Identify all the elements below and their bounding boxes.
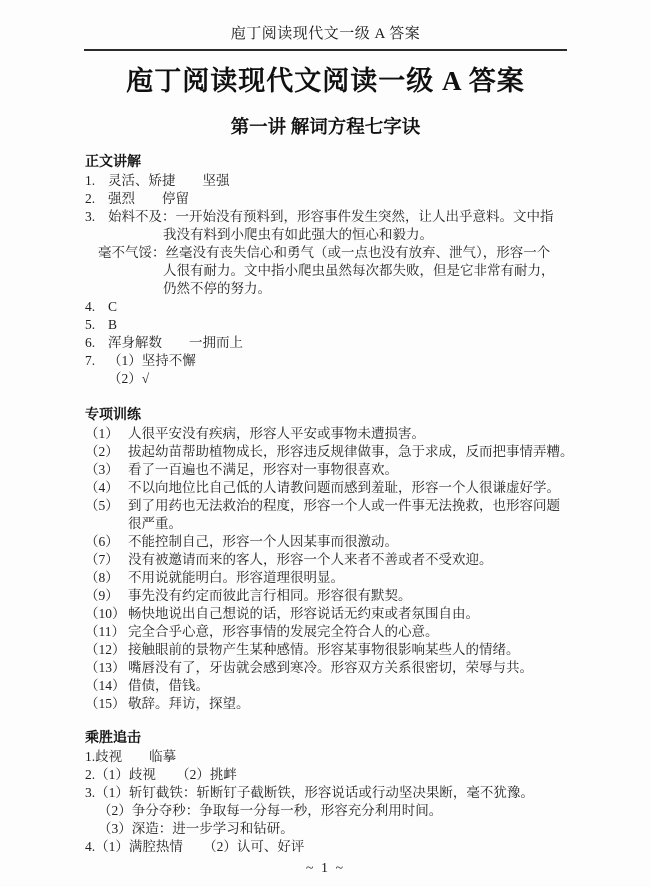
answer-text: 看了一百遍也不满足，形容对一事物很喜欢。 xyxy=(128,461,595,479)
answer-text: 拔起幼苗帮助植物成长，形容违反规律做事，急于求成，反而把事情弄糟。 xyxy=(128,443,595,461)
document-body: 正文讲解 1. 灵活、矫捷 坚强 2. 强烈 停留 3. 始料不及：一开始没有预… xyxy=(85,154,595,856)
answer-line: （9） 事先没有约定而彼此言行相同。形容很有默契。 xyxy=(85,587,595,605)
answer-line: （15） 敬辞。拜访，探望。 xyxy=(85,695,595,713)
answer-line: 7. （1）坚持不懈 xyxy=(85,352,595,370)
answer-line: 我没有料到小爬虫有如此强大的恒心和毅力。 xyxy=(85,226,595,244)
answer-number: （9） xyxy=(85,587,128,605)
answer-line: （14） 借债，借钱。 xyxy=(85,677,595,695)
answer-line: （8） 不用说就能明白。形容道理很明显。 xyxy=(85,569,595,587)
answer-text: 没有被邀请而来的客人，形容一个人来者不善或者不受欢迎。 xyxy=(128,551,595,569)
answer-text: 不以向地位比自己低的人请教问题而感到羞耻，形容一个人很谦虚好学。 xyxy=(128,479,595,497)
answer-text: 接触眼前的景物产生某种感情。形容某事物很影响某些人的情绪。 xyxy=(128,641,595,659)
answer-line: （4） 不以向地位比自己低的人请教问题而感到羞耻，形容一个人很谦虚好学。 xyxy=(85,479,595,497)
answer-line: （2）√ xyxy=(85,370,595,388)
answer-number: （14） xyxy=(85,677,128,695)
answer-text: 畅快地说出自己想说的话，形容说话无约束或者氛围自由。 xyxy=(128,605,595,623)
answer-number: 1. xyxy=(85,172,108,190)
answer-text: 仍然不停的努力。 xyxy=(163,280,595,298)
answer-number: 3. xyxy=(85,208,108,226)
answer-text: 人很有耐力。文中指小爬虫虽然每次都失败，但是它非常有耐力， xyxy=(163,262,595,280)
answer-text: 很严重。 xyxy=(128,515,595,533)
answer-text: 浑身解数 一拥而上 xyxy=(108,334,595,352)
answer-line: （12） 接触眼前的景物产生某种感情。形容某事物很影响某些人的情绪。 xyxy=(85,641,595,659)
answer-line: 3. 始料不及：一开始没有预料到，形容事件发生突然，让人出乎意料。文中指 xyxy=(85,208,595,226)
answer-number: 6. xyxy=(85,334,108,352)
answer-line: （2） 拔起幼苗帮助植物成长，形容违反规律做事，急于求成，反而把事情弄糟。 xyxy=(85,443,595,461)
answer-number: 4. xyxy=(85,298,108,316)
answer-number: （5） xyxy=(85,497,128,515)
answer-line: 2. 强烈 停留 xyxy=(85,190,595,208)
answer-text: 不用说就能明白。形容道理很明显。 xyxy=(128,569,595,587)
answer-line: （11） 完全合乎心意，形容事情的发展完全符合人的心意。 xyxy=(85,623,595,641)
answer-text: 事先没有约定而彼此言行相同。形容很有默契。 xyxy=(128,587,595,605)
answer-line: （3） 看了一百遍也不满足，形容对一事物很喜欢。 xyxy=(85,461,595,479)
answer-line: 人很有耐力。文中指小爬虫虽然每次都失败，但是它非常有耐力， xyxy=(85,262,595,280)
answer-number: 2. xyxy=(85,190,108,208)
document-page: 庖丁阅读现代文一级 A 答案 庖丁阅读现代文阅读一级 A 答案 第一讲 解词方程… xyxy=(0,0,651,887)
answer-text: 人很平安没有疾病，形容人平安或事物未遭损害。 xyxy=(128,425,595,443)
section-heading: 乘胜追击 xyxy=(85,730,595,748)
answer-text: 3.（1）斩钉截铁：斩断钉子截断铁，形容说话或行动坚决果断，毫不犹豫。 xyxy=(85,784,595,802)
answer-line: 4. C xyxy=(85,298,595,316)
answer-lines: 1.歧视 临摹 2.（1）歧视 （2）挑衅 3.（1）斩钉截铁：斩断钉子截断铁，… xyxy=(85,748,595,856)
answer-lines: （1） 人很平安没有疾病，形容人平安或事物未遭损害。 （2） 拔起幼苗帮助植物成… xyxy=(85,425,595,713)
page-number: ~ 1 ~ xyxy=(0,861,651,877)
answer-number: （15） xyxy=(85,695,128,713)
answer-line: 6. 浑身解数 一拥而上 xyxy=(85,334,595,352)
answer-line: 很严重。 xyxy=(85,515,595,533)
answer-line: （1） 人很平安没有疾病，形容人平安或事物未遭损害。 xyxy=(85,425,595,443)
section-text-explanation: 正文讲解 1. 灵活、矫捷 坚强 2. 强烈 停留 3. 始料不及：一开始没有预… xyxy=(85,154,595,388)
answer-line: 1. 灵活、矫捷 坚强 xyxy=(85,172,595,190)
answer-line: （5） 到了用药也无法救治的程度，形容一个人或一件事无法挽救，也形容问题 xyxy=(85,497,595,515)
answer-line: （3）深造：进一步学习和钻研。 xyxy=(85,820,595,838)
answer-line: 1.歧视 临摹 xyxy=(85,748,595,766)
answer-number: （7） xyxy=(85,551,128,569)
answer-number: （3） xyxy=(85,461,128,479)
answer-text: 毫不气馁：丝毫没有丧失信心和勇气（或一点也没有放弃、泄气），形容一个 xyxy=(98,244,595,262)
answer-lines: 1. 灵活、矫捷 坚强 2. 强烈 停留 3. 始料不及：一开始没有预料到，形容… xyxy=(85,172,595,388)
answer-text: C xyxy=(108,298,595,316)
header-divider xyxy=(84,49,567,51)
answer-line: 3.（1）斩钉截铁：斩断钉子截断铁，形容说话或行动坚决果断，毫不犹豫。 xyxy=(85,784,595,802)
answer-line: 4.（1）满腔热情 （2）认可、好评 xyxy=(85,838,595,856)
answer-number: （12） xyxy=(85,641,128,659)
answer-number: （11） xyxy=(85,623,128,641)
answer-text: 4.（1）满腔热情 （2）认可、好评 xyxy=(85,838,595,856)
answer-text: 2.（1）歧视 （2）挑衅 xyxy=(85,766,595,784)
section-special-training: 专项训练 （1） 人很平安没有疾病，形容人平安或事物未遭损害。 （2） 拔起幼苗… xyxy=(85,407,595,713)
answer-text: （2）争分夺秒：争取每一分每一秒，形容充分利用时间。 xyxy=(98,802,595,820)
answer-text: 完全合乎心意，形容事情的发展完全符合人的心意。 xyxy=(128,623,595,641)
answer-text: 借债，借钱。 xyxy=(128,677,595,695)
page-title: 庖丁阅读现代文阅读一级 A 答案 xyxy=(0,63,651,100)
answer-text: 始料不及：一开始没有预料到，形容事件发生突然，让人出乎意料。文中指 xyxy=(108,208,595,226)
answer-line: （13） 嘴唇没有了，牙齿就会感到寒冷。形容双方关系很密切，荣辱与共。 xyxy=(85,659,595,677)
answer-text: （3）深造：进一步学习和钻研。 xyxy=(98,820,595,838)
answer-line: 毫不气馁：丝毫没有丧失信心和勇气（或一点也没有放弃、泄气），形容一个 xyxy=(85,244,595,262)
answer-text: 强烈 停留 xyxy=(108,190,595,208)
answer-number: （6） xyxy=(85,533,128,551)
answer-number: （8） xyxy=(85,569,128,587)
section-heading: 专项训练 xyxy=(85,407,595,425)
answer-line: （7） 没有被邀请而来的客人，形容一个人来者不善或者不受欢迎。 xyxy=(85,551,595,569)
answer-line: （6） 不能控制自己，形容一个人因某事而很激动。 xyxy=(85,533,595,551)
answer-line: （10） 畅快地说出自己想说的话，形容说话无约束或者氛围自由。 xyxy=(85,605,595,623)
answer-line: 5. B xyxy=(85,316,595,334)
answer-number: 7. xyxy=(85,352,108,370)
answer-number: （2） xyxy=(85,443,128,461)
answer-number: （13） xyxy=(85,659,128,677)
answer-line: 仍然不停的努力。 xyxy=(85,280,595,298)
answer-text: 我没有料到小爬虫有如此强大的恒心和毅力。 xyxy=(163,226,595,244)
section-pursue-victory: 乘胜追击 1.歧视 临摹 2.（1）歧视 （2）挑衅 3.（1）斩钉截铁：斩断钉… xyxy=(85,730,595,856)
answer-line: （2）争分夺秒：争取每一分每一秒，形容充分利用时间。 xyxy=(85,802,595,820)
answer-number: （10） xyxy=(85,605,128,623)
answer-text: （1）坚持不懈 xyxy=(108,352,595,370)
answer-line: 2.（1）歧视 （2）挑衅 xyxy=(85,766,595,784)
answer-text: 敬辞。拜访，探望。 xyxy=(128,695,595,713)
answer-text: 1.歧视 临摹 xyxy=(85,748,595,766)
answer-number: （4） xyxy=(85,479,128,497)
lesson-title: 第一讲 解词方程七字诀 xyxy=(0,116,651,141)
answer-text: B xyxy=(108,316,595,334)
answer-text: 灵活、矫捷 坚强 xyxy=(108,172,595,190)
running-header: 庖丁阅读现代文一级 A 答案 xyxy=(0,0,651,44)
answer-number: （1） xyxy=(85,425,128,443)
answer-text: 嘴唇没有了，牙齿就会感到寒冷。形容双方关系很密切，荣辱与共。 xyxy=(128,659,595,677)
answer-text: 到了用药也无法救治的程度，形容一个人或一件事无法挽救，也形容问题 xyxy=(128,497,595,515)
answer-text: 不能控制自己，形容一个人因某事而很激动。 xyxy=(128,533,595,551)
section-heading: 正文讲解 xyxy=(85,154,595,172)
answer-number: 5. xyxy=(85,316,108,334)
answer-text: （2）√ xyxy=(108,370,595,388)
